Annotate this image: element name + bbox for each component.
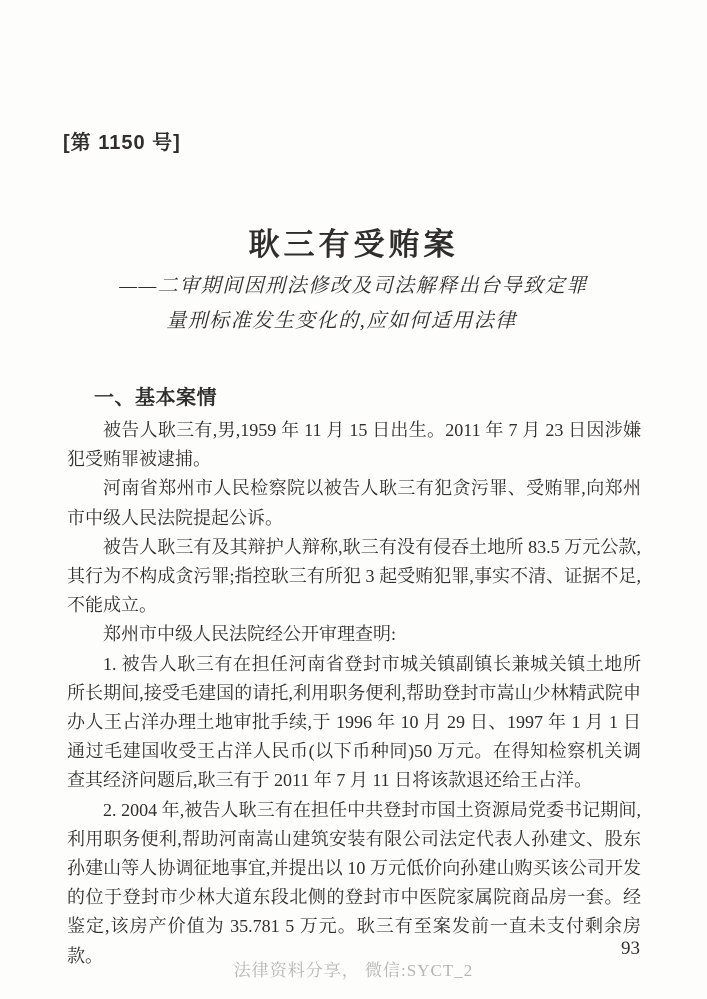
body-paragraph: 郑州市中级人民法院经公开审理查明: — [67, 620, 641, 649]
scanned-document-page: [第 1150 号] 耿三有受贿案 ——二审期间因刑法修改及司法解释出台导致定罪… — [0, 0, 707, 999]
body-paragraph: 2. 2004 年,被告人耿三有在担任中共登封市国土资源局党委书记期间,利用职务… — [67, 796, 641, 971]
case-subtitle: ——二审期间因刑法修改及司法解释出台导致定罪 量刑标准发生变化的,应如何适用法律 — [0, 269, 707, 339]
section-heading-basic-facts: 一、基本案情 — [94, 381, 217, 410]
footer-watermark: 法律资料分享， 微信:SYCT_2 — [0, 956, 707, 981]
body-paragraph: 被告人耿三有,男,1959 年 11 月 15 日出生。2011 年 7 月 2… — [67, 416, 641, 474]
case-title: 耿三有受贿案 — [0, 219, 707, 264]
case-subtitle-line2: 量刑标准发生变化的,应如何适用法律 — [119, 304, 588, 339]
body-text: 被告人耿三有,男,1959 年 11 月 15 日出生。2011 年 7 月 2… — [67, 416, 641, 971]
body-paragraph: 被告人耿三有及其辩护人辩称,耿三有没有侵吞土地所 83.5 万元公款,其行为不构… — [67, 533, 641, 621]
body-paragraph: 河南省郑州市人民检察院以被告人耿三有犯贪污罪、受贿罪,向郑州市中级人民法院提起公… — [67, 474, 641, 532]
case-number-label: [第 1150 号] — [63, 126, 181, 155]
case-subtitle-line1: ——二审期间因刑法修改及司法解释出台导致定罪 — [119, 269, 588, 304]
body-paragraph: 1. 被告人耿三有在担任河南省登封市城关镇副镇长兼城关镇土地所所长期间,接受毛建… — [67, 650, 641, 796]
